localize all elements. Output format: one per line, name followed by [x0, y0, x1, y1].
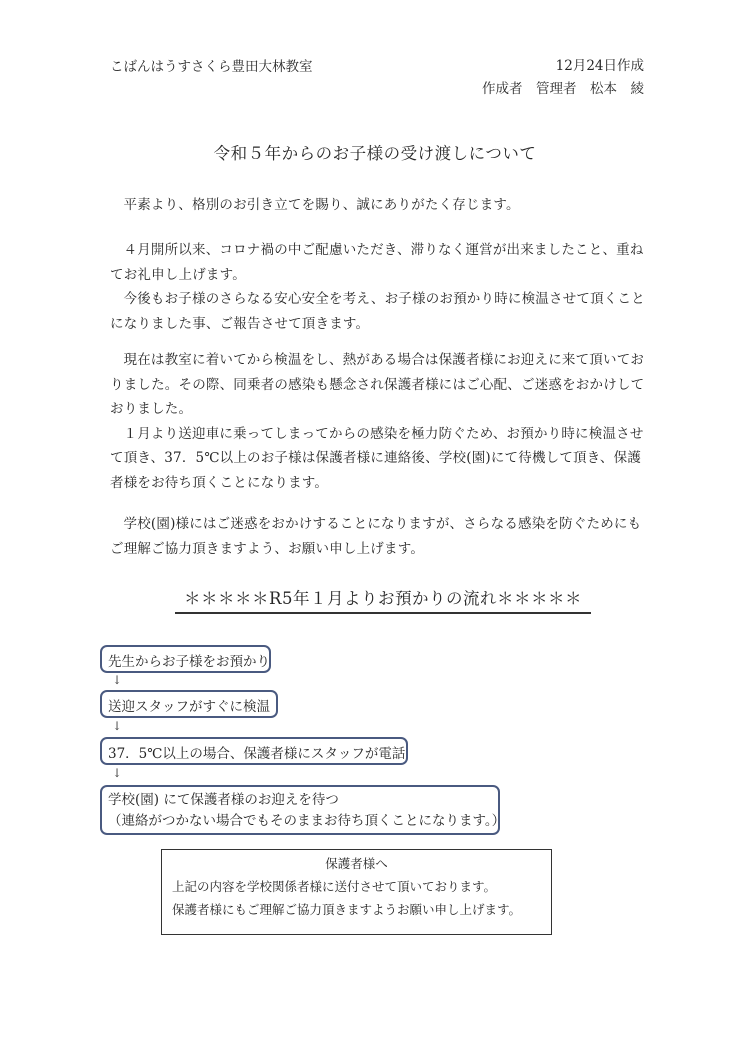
paragraph-greeting: 平素より、格別のお引き立てを賜り、誠にありがたく存じます。 [110, 193, 650, 218]
paragraph-thanks: ４月開所以来、コロナ禍の中ご配慮いただき、滞りなく運営が出来ましたこと、重ねてお… [110, 238, 650, 287]
details-section: 現在は教室に着いてから検温をし、熱がある場合は保護者様にお迎えに来て頂いておりま… [110, 348, 650, 495]
notice-line-2: 保護者様にもご理解ご協力頂きますようお願い申し上げます。 [172, 898, 541, 921]
paragraph-new-practice: １月より送迎車に乗ってしまってからの感染を極力防ぐため、お預かり時に検温させて頂… [110, 422, 650, 496]
author-line: 作成者 管理者 松本 綾 [482, 78, 644, 101]
down-arrow-icon: ↓ [112, 720, 122, 732]
flow-step-1-text: 先生からお子様をお預かり [108, 654, 270, 670]
thanks-section: ４月開所以来、コロナ禍の中ご配慮いただき、滞りなく運営が出来ましたこと、重ねてお… [110, 238, 650, 336]
flow-step-2: 送迎スタッフがすぐに検温 [100, 690, 278, 718]
guardian-notice-box: 保護者様へ 上記の内容を学校関係者様に送付させて頂いております。 保護者様にもご… [161, 849, 552, 935]
flow-heading: ＊＊＊＊＊R5年１月よりお預かりの流れ＊＊＊＊＊ [175, 585, 591, 614]
flow-step-4-text: 学校(園) にて保護者様のお迎えを待つ [108, 790, 492, 811]
flow-step-4-note: （連絡がつかない場合でもそのままお待ち頂くことになります。） [108, 811, 492, 832]
flow-step-3-text: 37．5℃以上の場合、保護者様にスタッフが電話 [108, 746, 405, 762]
greeting-section: 平素より、格別のお引き立てを賜り、誠にありがたく存じます。 [110, 193, 650, 218]
paragraph-request: 学校(園)様にはご迷惑をおかけすることになりますが、さらなる感染を防ぐためにもご… [110, 512, 650, 561]
creation-date: 12月24日作成 [482, 55, 644, 78]
notice-line-1: 上記の内容を学校関係者様に送付させて頂いております。 [172, 875, 541, 898]
notice-title: 保護者様へ [172, 852, 541, 875]
flow-step-2-text: 送迎スタッフがすぐに検温 [108, 699, 270, 715]
organization-name: こばんはうすさくら豊田大林教室 [110, 55, 313, 75]
document-title: 令和５年からのお子様の受け渡しについて [0, 140, 750, 164]
down-arrow-icon: ↓ [112, 767, 122, 779]
paragraph-current-practice: 現在は教室に着いてから検温をし、熱がある場合は保護者様にお迎えに来て頂いておりま… [110, 348, 650, 422]
document-meta: 12月24日作成 作成者 管理者 松本 綾 [482, 55, 644, 101]
flow-step-4: 学校(園) にて保護者様のお迎えを待つ （連絡がつかない場合でもそのままお待ち頂… [100, 785, 500, 835]
paragraph-announcement: 今後もお子様のさらなる安心安全を考え、お子様のお預かり時に検温させて頂くことにな… [110, 287, 650, 336]
down-arrow-icon: ↓ [112, 674, 122, 686]
flow-step-3: 37．5℃以上の場合、保護者様にスタッフが電話 [100, 737, 408, 765]
flow-step-1: 先生からお子様をお預かり [100, 645, 271, 673]
request-section: 学校(園)様にはご迷惑をおかけすることになりますが、さらなる感染を防ぐためにもご… [110, 512, 650, 561]
